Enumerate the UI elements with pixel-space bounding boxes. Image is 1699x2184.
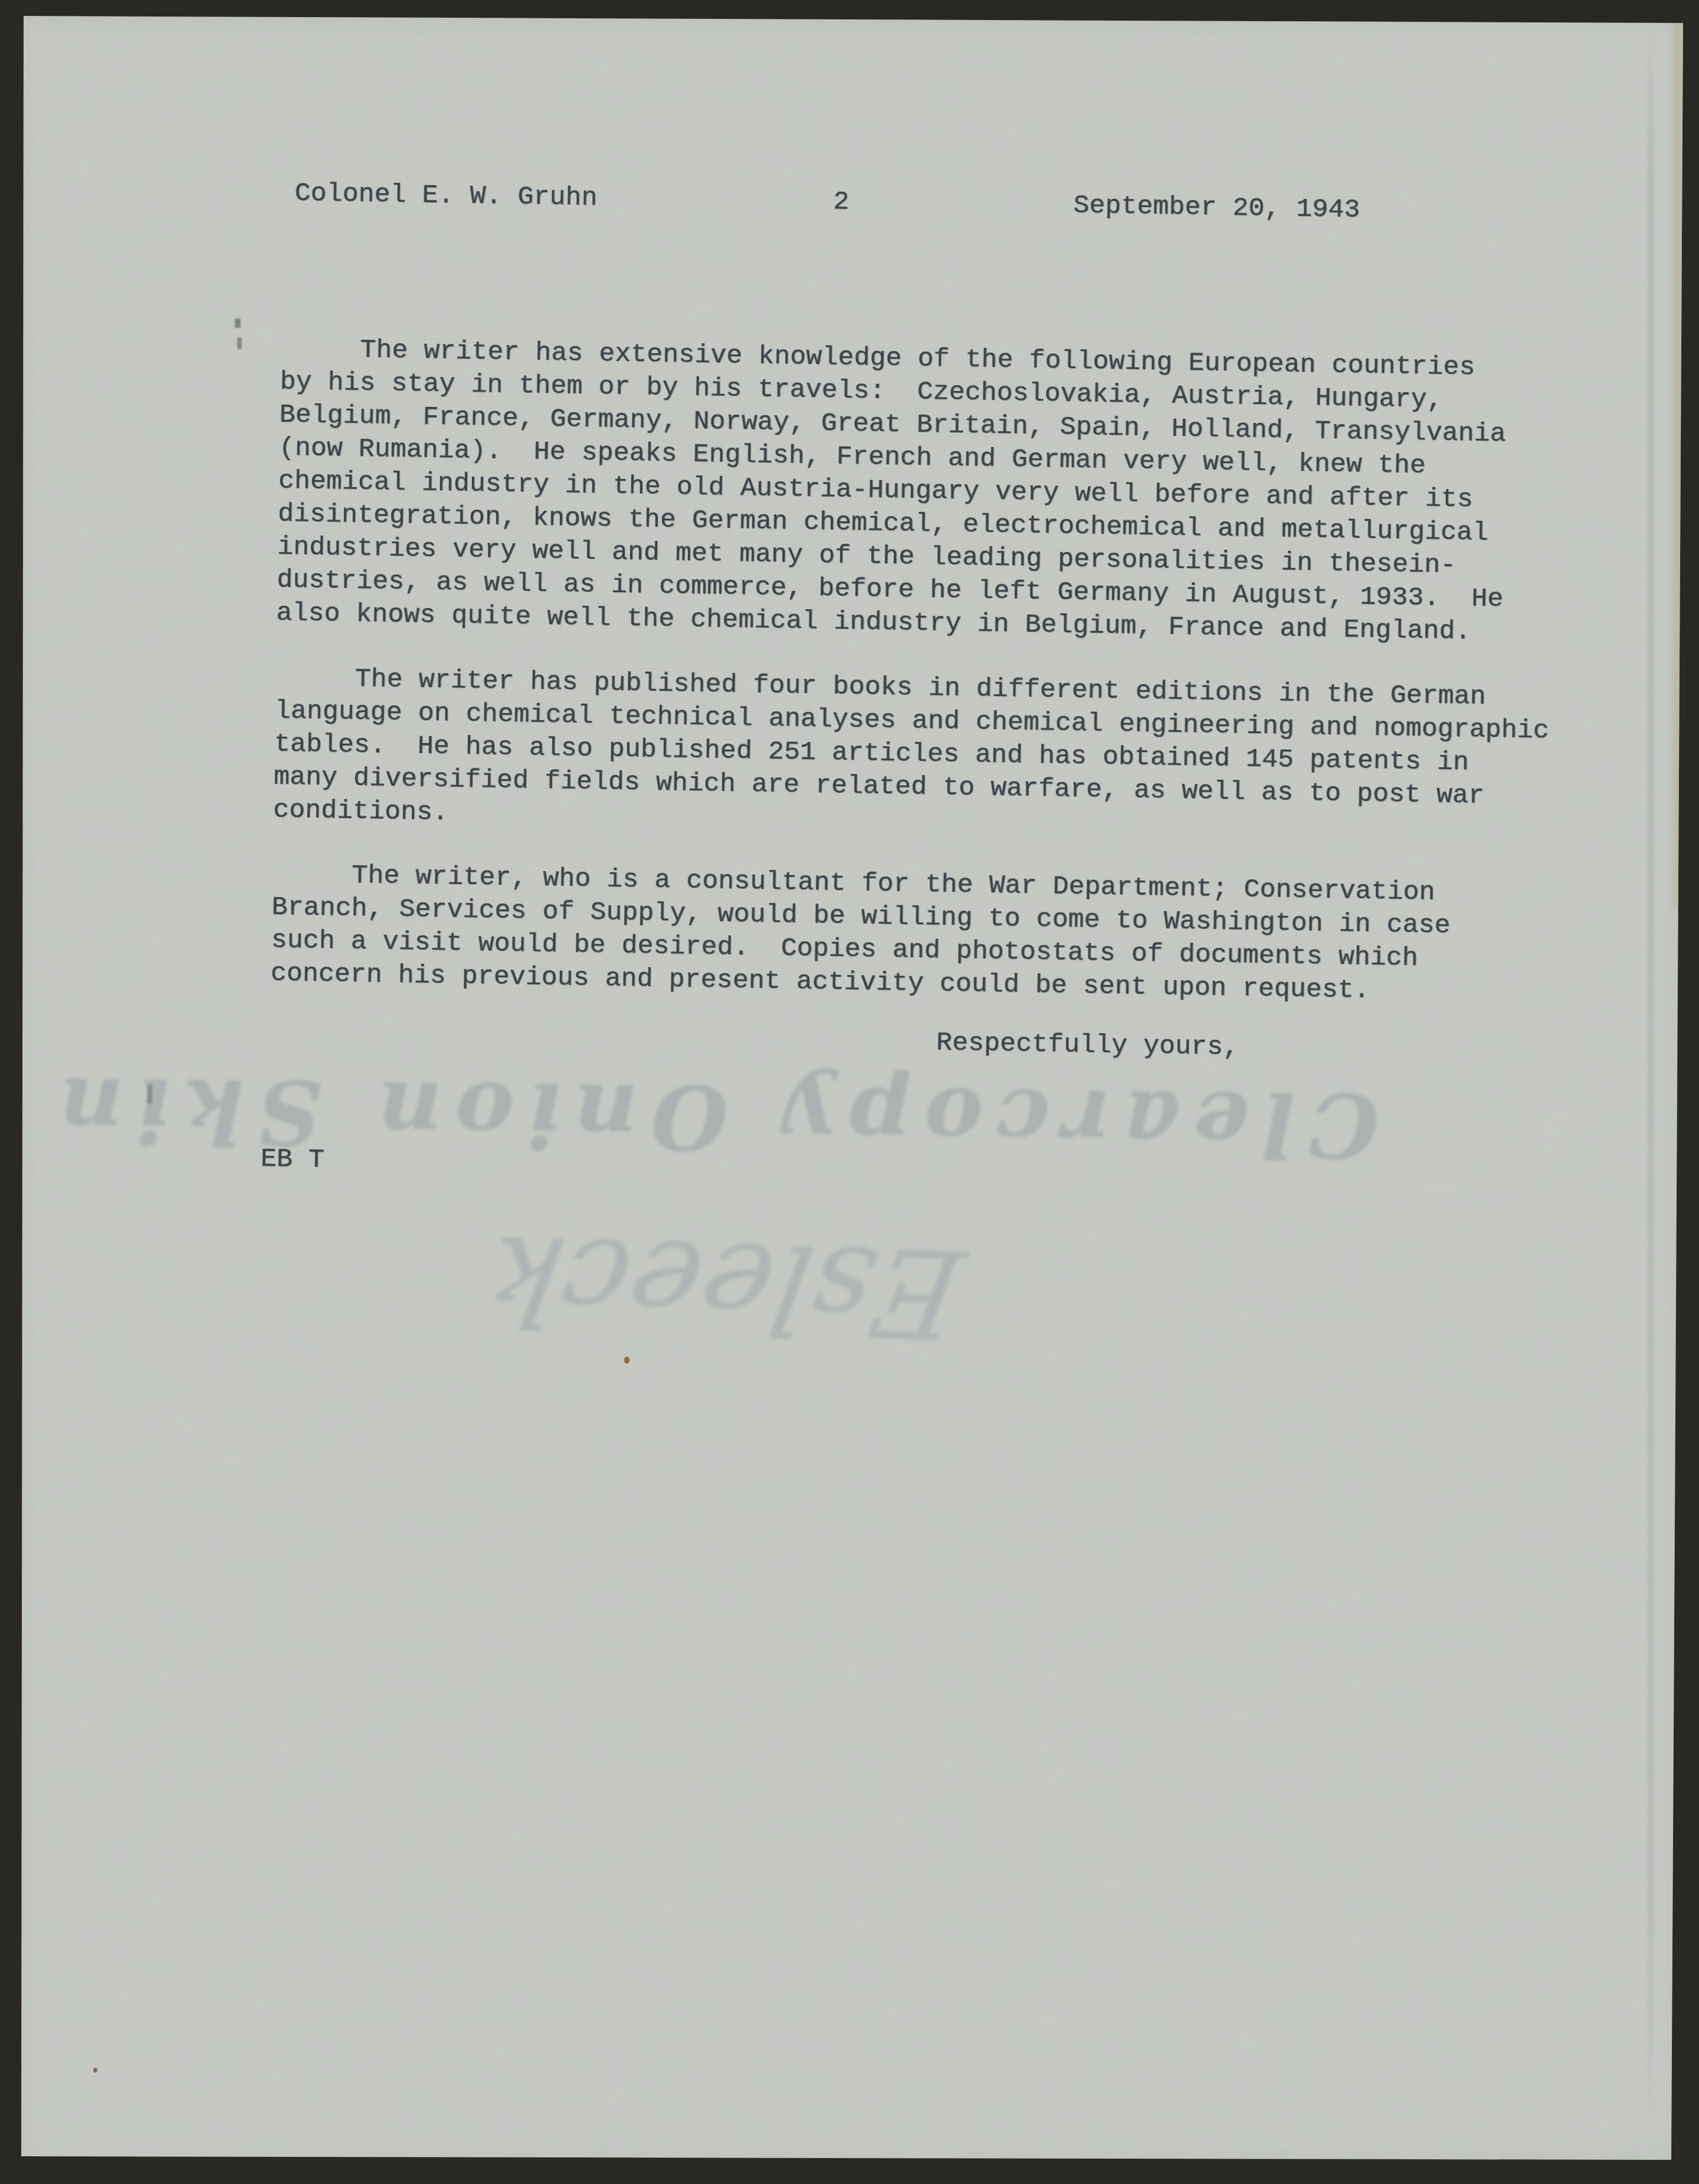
header-page-number: 2 xyxy=(833,186,849,219)
paper-sheet: Clearcopy Onion Skin Esleeck Colonel E. … xyxy=(0,0,1699,2184)
scan-background: Clearcopy Onion Skin Esleeck Colonel E. … xyxy=(0,0,1699,2184)
header-date: September 20, 1943 xyxy=(1073,189,1360,227)
paper-crease xyxy=(1648,19,1653,2154)
letter-body: Colonel E. W. Gruhn 2 September 20, 1943… xyxy=(265,177,1581,1318)
margin-ink-mark xyxy=(237,337,242,349)
paper-edge-discoloration xyxy=(1673,22,1682,907)
paper-speck xyxy=(93,2068,97,2073)
letter-header: Colonel E. W. Gruhn 2 September 20, 1943 xyxy=(283,177,1581,198)
paper-speck xyxy=(624,1357,629,1364)
header-recipient: Colonel E. W. Gruhn xyxy=(294,177,598,215)
paragraph-2: The writer has published four books in d… xyxy=(273,662,1550,847)
paragraph-1: The writer has extensive knowledge of th… xyxy=(276,333,1507,649)
margin-ink-mark xyxy=(235,318,241,328)
typist-initials: EB T xyxy=(260,1143,324,1177)
paragraph-3: The writer, who is a consultant for the … xyxy=(270,858,1451,1009)
closing-salutation: Respectfully yours, xyxy=(936,1027,1239,1065)
